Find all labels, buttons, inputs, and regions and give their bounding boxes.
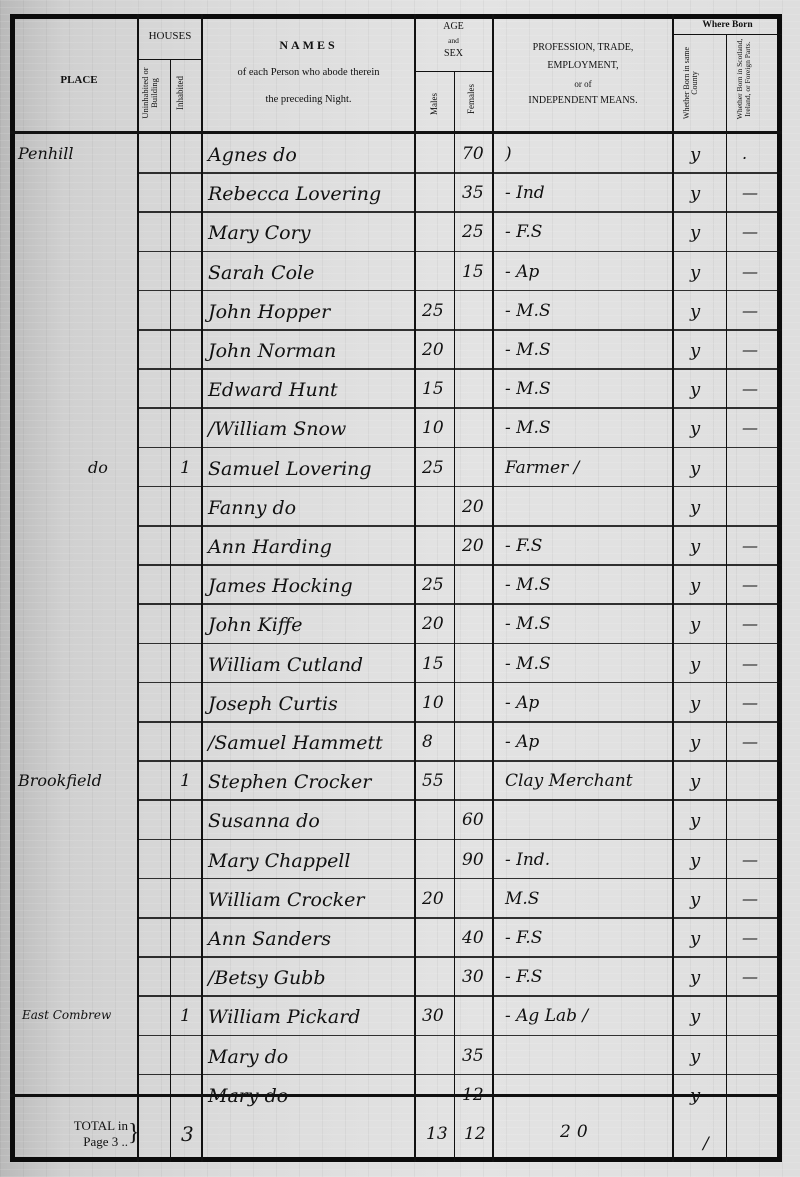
table-row xyxy=(10,252,782,291)
females-cell: 30 xyxy=(462,967,484,987)
profession-cell: - M.S xyxy=(505,379,551,399)
header-profession-2: EMPLOYMENT, xyxy=(494,60,672,71)
table-row xyxy=(10,996,782,1035)
table-row xyxy=(10,448,782,487)
females-cell: 20 xyxy=(462,497,484,517)
table-row xyxy=(10,565,782,604)
table-row xyxy=(10,173,782,212)
profession-cell: - Ag Lab / xyxy=(505,1006,588,1026)
name-cell: Ann Sanders xyxy=(208,928,331,950)
profession-cell: M.S xyxy=(505,889,539,909)
header-names-title: NAMES xyxy=(202,38,415,53)
profession-cell: - M.S xyxy=(505,340,551,360)
profession-cell: - M.S xyxy=(505,301,551,321)
name-cell: James Hocking xyxy=(208,575,353,597)
born-county-cell: y xyxy=(690,732,700,753)
header-age-sex: SEX xyxy=(415,48,492,59)
header-born-scotland-text: Whether Born in Scotland, Ireland, or Fo… xyxy=(736,34,752,124)
name-cell: Susanna do xyxy=(208,810,320,832)
profession-cell: - M.S xyxy=(505,654,551,674)
table-row xyxy=(10,644,782,683)
name-cell: Joseph Curtis xyxy=(208,693,338,715)
born-county-cell: y xyxy=(690,183,700,204)
table-row xyxy=(10,604,782,643)
place-cell: Brookfield xyxy=(18,771,102,790)
born-foreign-cell: — xyxy=(742,418,758,437)
females-cell: 90 xyxy=(462,850,484,870)
born-county-cell: y xyxy=(690,536,700,557)
born-foreign-cell: — xyxy=(742,889,758,908)
header-inhabited: Inhabited xyxy=(176,62,185,124)
name-cell: Mary Chappell xyxy=(208,850,350,872)
inhabited-cell: 1 xyxy=(180,458,191,478)
born-county-cell: y xyxy=(690,418,700,439)
table-row xyxy=(10,840,782,879)
header-place: PLACE xyxy=(20,74,138,86)
table-row xyxy=(10,134,782,173)
header-profession-3: or of xyxy=(494,79,672,89)
born-foreign-cell: — xyxy=(742,183,758,202)
table-row xyxy=(10,408,782,447)
born-county-cell: y xyxy=(690,771,700,792)
header-inhabited-text: Inhabited xyxy=(175,76,185,110)
header-born-county: Whether Born in same County xyxy=(683,42,700,124)
header-profession-1: PROFESSION, TRADE, xyxy=(494,42,672,53)
table-row xyxy=(10,800,782,839)
born-county-cell: y xyxy=(690,967,700,988)
table-row xyxy=(10,526,782,565)
males-cell: 25 xyxy=(422,458,444,478)
name-cell: John Hopper xyxy=(208,301,330,323)
females-cell: 40 xyxy=(462,928,484,948)
header-profession-4: INDEPENDENT MEANS. xyxy=(494,95,672,106)
totals-label-2: Page 3 .. xyxy=(20,1134,128,1149)
born-foreign-cell: — xyxy=(742,222,758,241)
males-cell: 25 xyxy=(422,575,444,595)
name-cell: Stephen Crocker xyxy=(208,771,371,793)
born-county-cell: y xyxy=(690,222,700,243)
header-born-scotland: Whether Born in Scotland, Ireland, or Fo… xyxy=(736,34,752,124)
males-cell: 20 xyxy=(422,889,444,909)
females-cell: 15 xyxy=(462,262,484,282)
born-foreign-cell: — xyxy=(742,928,758,947)
name-cell: William Cutland xyxy=(208,654,363,676)
males-cell: 8 xyxy=(422,732,433,752)
profession-cell: - Ind xyxy=(505,183,545,203)
born-foreign-cell: — xyxy=(742,301,758,320)
table-row xyxy=(10,369,782,408)
header-males: Males xyxy=(430,84,439,124)
females-cell: 20 xyxy=(462,536,484,556)
profession-cell: Farmer / xyxy=(505,458,579,478)
name-cell: Mary Cory xyxy=(208,222,310,244)
born-county-cell: y xyxy=(690,1046,700,1067)
males-cell: 15 xyxy=(422,654,444,674)
header-males-text: Males xyxy=(429,93,439,115)
header-uninhabited: Uninhabited or Building xyxy=(141,62,159,124)
born-foreign-cell: — xyxy=(742,262,758,281)
profession-cell: - M.S xyxy=(505,614,551,634)
profession-cell: - M.S xyxy=(505,418,551,438)
females-cell: 35 xyxy=(462,1046,484,1066)
profession-cell: - Ap xyxy=(505,732,539,752)
inhabited-cell: 1 xyxy=(180,1006,191,1026)
place-cell: do xyxy=(88,458,108,477)
males-cell: 20 xyxy=(422,614,444,634)
born-county-cell: y xyxy=(690,301,700,322)
name-cell: Rebecca Lovering xyxy=(208,183,381,205)
header-houses: HOUSES xyxy=(138,30,202,42)
totals-males: 13 xyxy=(426,1124,448,1144)
header-age-title: AGE xyxy=(415,21,492,32)
profession-cell: - F.S xyxy=(505,928,542,948)
profession-cell: - Ind. xyxy=(505,850,550,870)
males-cell: 10 xyxy=(422,693,444,713)
born-county-cell: y xyxy=(690,379,700,400)
profession-cell: - Ap xyxy=(505,262,539,282)
females-cell: 60 xyxy=(462,810,484,830)
name-cell: Fanny do xyxy=(208,497,296,519)
born-county-cell: y xyxy=(690,458,700,479)
born-county-cell: y xyxy=(690,144,700,165)
born-foreign-cell: — xyxy=(742,379,758,398)
table-row xyxy=(10,918,782,957)
born-county-cell: y xyxy=(690,889,700,910)
born-county-cell: y xyxy=(690,575,700,596)
born-county-cell: y xyxy=(690,262,700,283)
totals-rule xyxy=(10,1094,782,1097)
header-names-sub1: of each Person who abode therein xyxy=(202,67,415,78)
born-foreign-cell: — xyxy=(742,850,758,869)
born-foreign-cell: — xyxy=(742,614,758,633)
totals-brace: } xyxy=(128,1116,138,1150)
profession-cell: - F.S xyxy=(505,222,542,242)
name-cell: Agnes do xyxy=(208,144,297,166)
totals-label-1: TOTAL in xyxy=(20,1118,128,1133)
header-uninhabited-text: Uninhabited or Building xyxy=(141,62,159,124)
profession-cell: ) xyxy=(505,144,512,164)
header-females-text: Females xyxy=(466,84,476,114)
table-row xyxy=(10,330,782,369)
males-cell: 20 xyxy=(422,340,444,360)
totals-born-county: / xyxy=(703,1134,709,1154)
place-cell: East Combrew xyxy=(22,1008,111,1022)
born-county-cell: y xyxy=(690,850,700,871)
born-foreign-cell: — xyxy=(742,693,758,712)
table-row xyxy=(10,957,782,996)
name-cell: /Betsy Gubb xyxy=(208,967,326,989)
profession-cell: - F.S xyxy=(505,967,542,987)
males-cell: 55 xyxy=(422,771,444,791)
table-row xyxy=(10,212,782,251)
profession-cell: - M.S xyxy=(505,575,551,595)
table-row xyxy=(10,683,782,722)
born-county-cell: y xyxy=(690,614,700,635)
table-row xyxy=(10,722,782,761)
table-row xyxy=(10,761,782,800)
name-cell: Samuel Lovering xyxy=(208,458,372,480)
profession-cell: Clay Merchant xyxy=(505,771,633,791)
males-cell: 30 xyxy=(422,1006,444,1026)
table-row xyxy=(10,1036,782,1075)
males-cell: 15 xyxy=(422,379,444,399)
females-cell: 70 xyxy=(462,144,484,164)
born-foreign-cell: . xyxy=(742,144,747,163)
born-foreign-cell: — xyxy=(742,575,758,594)
header-born-county-text: Whether Born in same County xyxy=(683,42,700,124)
males-cell: 10 xyxy=(422,418,444,438)
born-county-cell: y xyxy=(690,654,700,675)
name-cell: Ann Harding xyxy=(208,536,332,558)
profession-cell: - Ap xyxy=(505,693,539,713)
name-cell: /William Snow xyxy=(208,418,346,440)
totals-females: 12 xyxy=(464,1124,486,1144)
name-cell: Sarah Cole xyxy=(208,262,314,284)
header-born-divider xyxy=(673,34,782,35)
born-county-cell: y xyxy=(690,810,700,831)
profession-cell: - F.S xyxy=(505,536,542,556)
born-foreign-cell: — xyxy=(742,340,758,359)
header-age-and: and xyxy=(415,36,492,45)
females-cell: 25 xyxy=(462,222,484,242)
males-cell: 25 xyxy=(422,301,444,321)
table-row xyxy=(10,291,782,330)
name-cell: /Samuel Hammett xyxy=(208,732,383,754)
born-county-cell: y xyxy=(690,340,700,361)
born-county-cell: y xyxy=(690,928,700,949)
born-foreign-cell: — xyxy=(742,536,758,555)
name-cell: Edward Hunt xyxy=(208,379,338,401)
females-cell: 35 xyxy=(462,183,484,203)
place-cell: Penhill xyxy=(18,144,73,163)
name-cell: John Norman xyxy=(208,340,336,362)
header-females: Females xyxy=(467,74,476,124)
table-row xyxy=(10,487,782,526)
name-cell: William Crocker xyxy=(208,889,364,911)
header-names-sub2: the preceding Night. xyxy=(202,94,415,105)
header-where-born: Where Born xyxy=(673,20,782,30)
born-foreign-cell: — xyxy=(742,967,758,986)
totals-profession: 20 xyxy=(560,1122,594,1142)
born-foreign-cell: — xyxy=(742,732,758,751)
totals-inhabited: 3 xyxy=(181,1122,194,1146)
born-county-cell: y xyxy=(690,1006,700,1027)
born-county-cell: y xyxy=(690,693,700,714)
born-foreign-cell: — xyxy=(742,654,758,673)
name-cell: William Pickard xyxy=(208,1006,360,1028)
name-cell: Mary do xyxy=(208,1046,288,1068)
inhabited-cell: 1 xyxy=(180,771,191,791)
table-row xyxy=(10,879,782,918)
born-county-cell: y xyxy=(690,497,700,518)
name-cell: John Kiffe xyxy=(208,614,303,636)
